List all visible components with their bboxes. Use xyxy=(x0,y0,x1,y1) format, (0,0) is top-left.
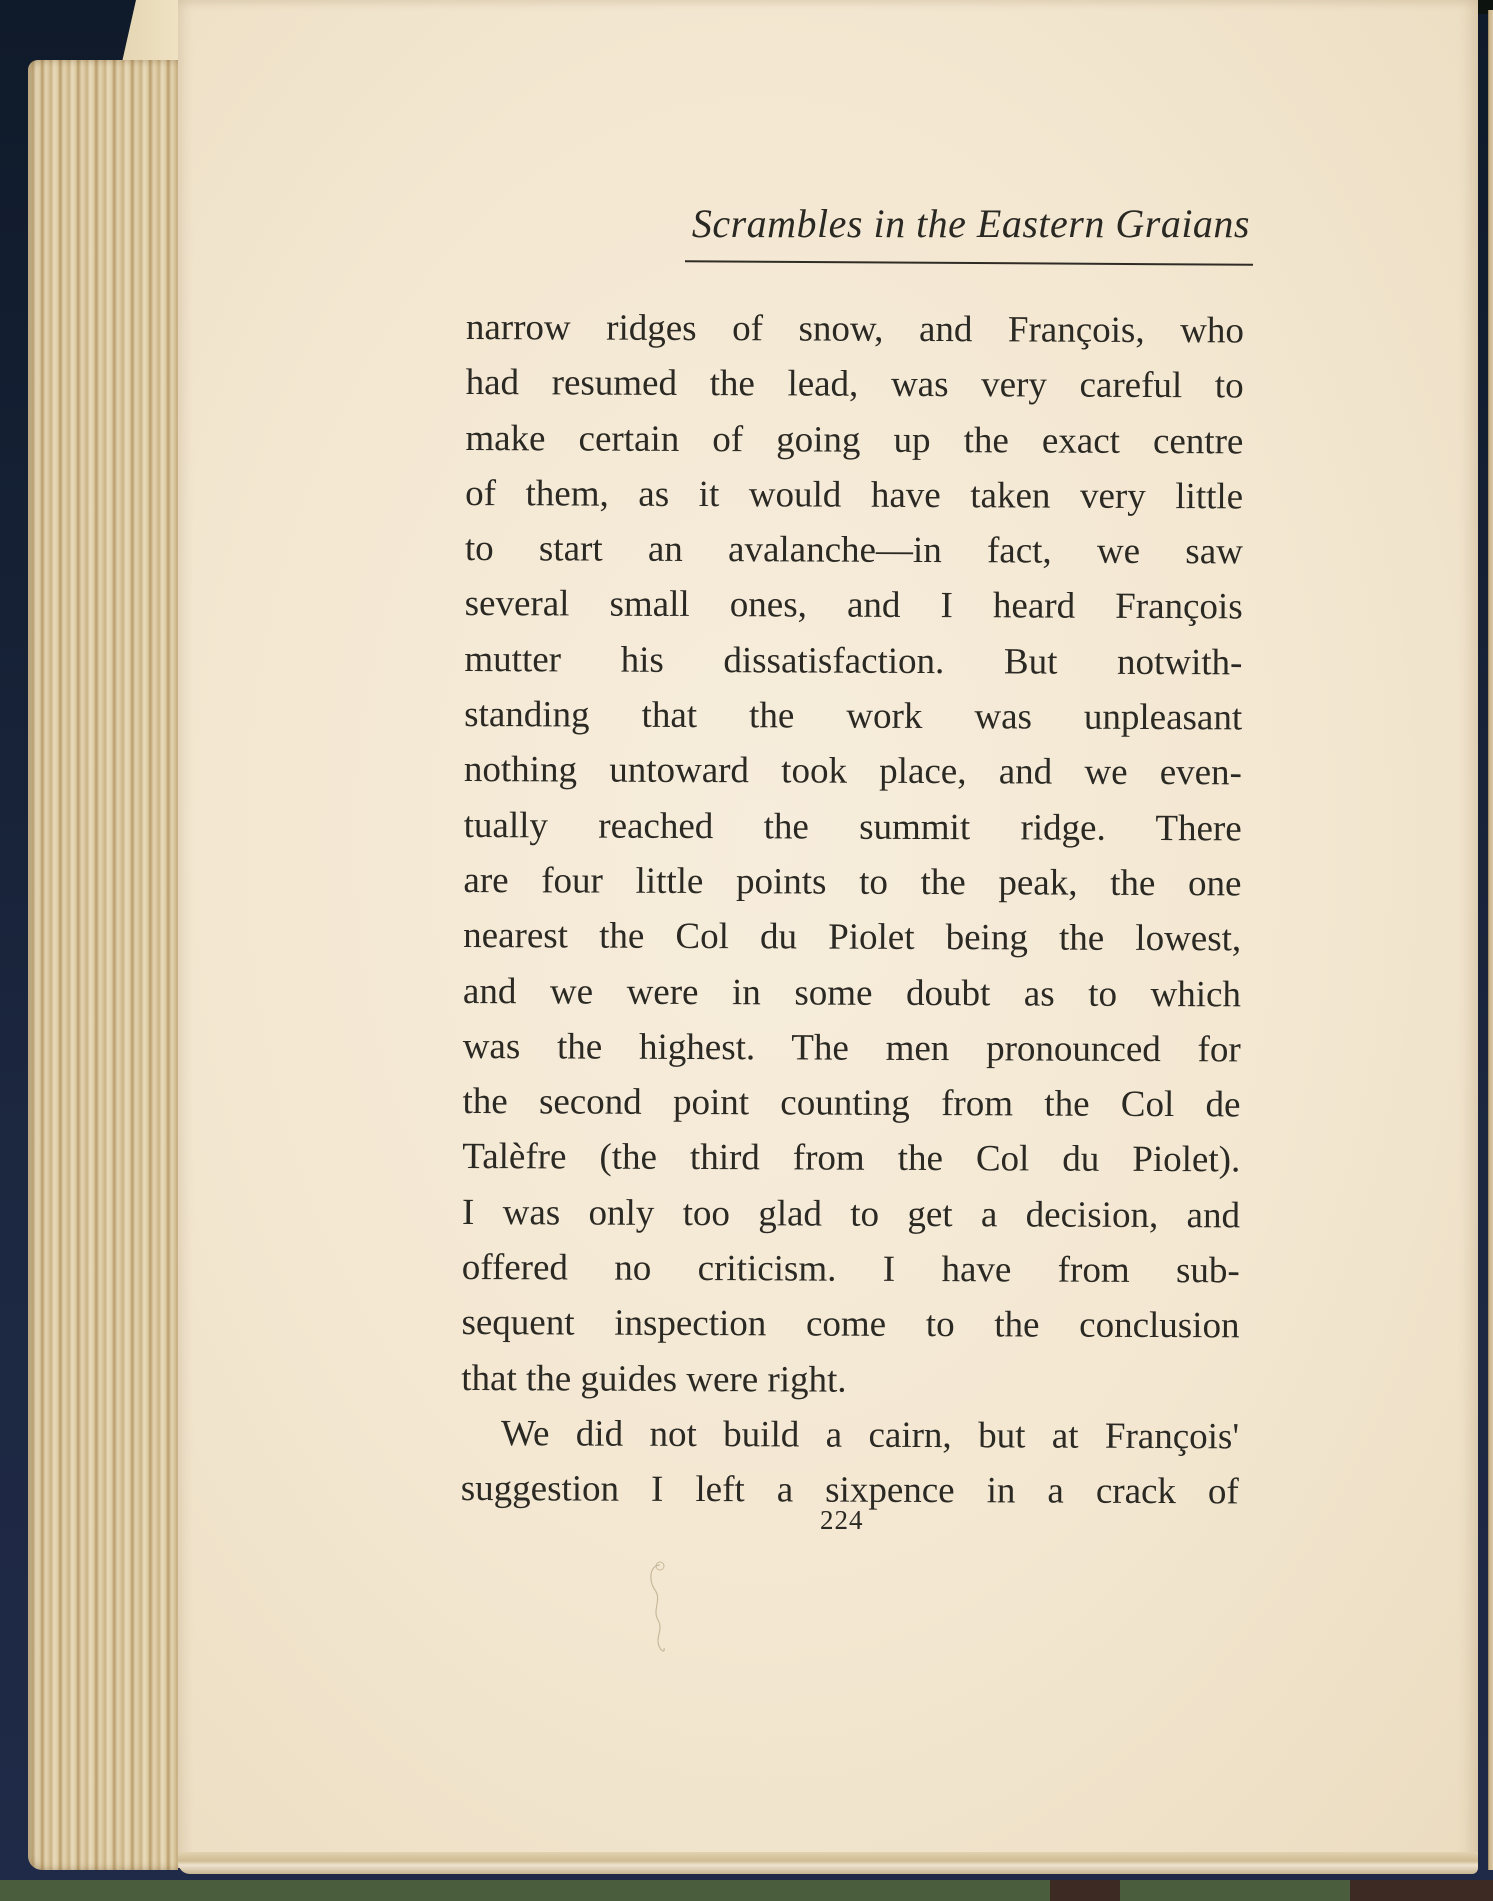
text-line: of them, as it would have taken very lit… xyxy=(465,466,1243,525)
adjacent-page-edge xyxy=(1488,10,1493,1870)
table-surface xyxy=(0,1880,1493,1901)
text-line: standing that the work was unpleasant xyxy=(464,687,1242,746)
text-line: I was only too glad to get a decision, a… xyxy=(462,1185,1240,1244)
text-line: to start an avalanche—in fact, we saw xyxy=(465,521,1243,580)
table-shadow xyxy=(1350,1880,1493,1901)
book-photo-scene: Scrambles in the Eastern Graians narrow … xyxy=(0,0,1493,1901)
page-stack-fore-edge xyxy=(28,60,178,1870)
text-line: mutter his dissatisfaction. But notwith- xyxy=(464,632,1242,691)
text-line: nothing untoward took place, and we even… xyxy=(464,742,1242,801)
text-line: the second point counting from the Col d… xyxy=(462,1074,1240,1133)
text-line-paragraph-start: We did not build a cairn, but at Françoi… xyxy=(461,1406,1239,1465)
text-line: are four little points to the peak, the … xyxy=(463,853,1241,912)
text-line-paragraph-end: that the guides were right. xyxy=(461,1351,1239,1410)
text-line: narrow ridges of snow, and François, who xyxy=(466,300,1244,359)
text-line: offered no criticism. I have from sub- xyxy=(462,1240,1240,1299)
page-bottom-edge xyxy=(178,1852,1478,1874)
text-line: nearest the Col du Piolet being the lowe… xyxy=(463,908,1241,967)
page-number: 224 xyxy=(820,1505,864,1536)
text-line: several small ones, and I heard François xyxy=(465,576,1243,635)
running-head: Scrambles in the Eastern Graians xyxy=(690,200,1250,247)
text-line: make certain of going up the exact centr… xyxy=(465,411,1243,470)
text-line: sequent inspection come to the conclusio… xyxy=(461,1295,1239,1354)
text-line: was the highest. The men pronounced for xyxy=(463,1019,1241,1078)
pencil-squiggle-mark xyxy=(640,1560,680,1660)
table-shadow xyxy=(1050,1880,1120,1901)
text-line: and we were in some doubt as to which xyxy=(463,964,1241,1023)
text-line: Talèfre (the third from the Col du Piole… xyxy=(462,1129,1240,1188)
text-line: tually reached the summit ridge. There xyxy=(464,798,1242,857)
body-text: narrow ridges of snow, and François, who… xyxy=(461,300,1244,1520)
text-line: had resumed the lead, was very careful t… xyxy=(466,355,1244,414)
